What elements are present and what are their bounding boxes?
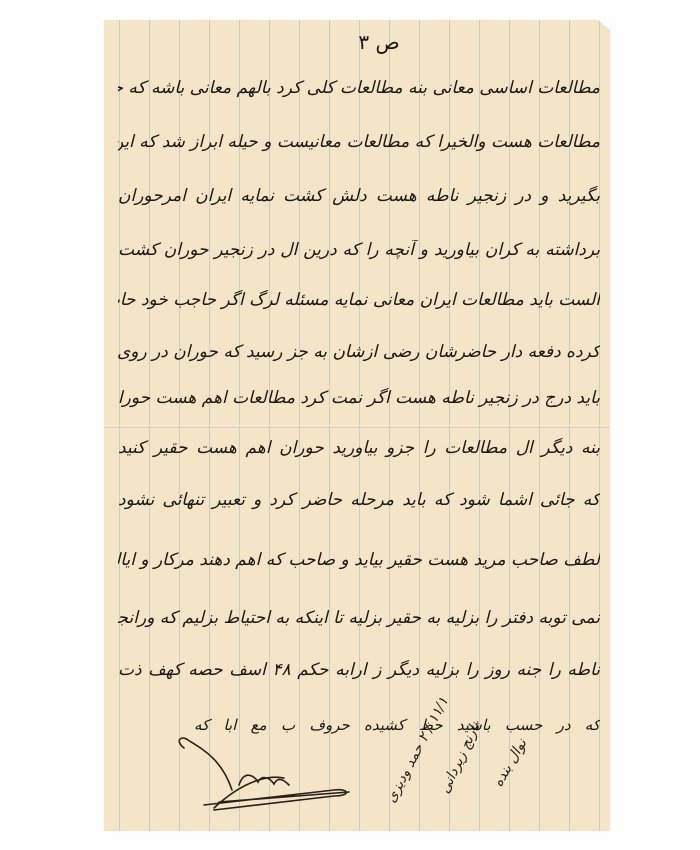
text-line-11: نمی توبه دفتر را بزلیه به حقیر بزلیه تا … [118,608,600,628]
text-line-2: مطالعات هست والخیرا که مطالعات معانیست و… [118,132,600,152]
text-line-3: بگیرید و در زنجیر ناطه هست دلش کشت نمایه… [118,186,600,206]
folded-corner [598,20,610,30]
signature-note-3: نوال بنده [490,736,530,789]
text-line-6: کرده دفعه دار حاضرشان رضی ازشان به جز رس… [118,342,600,362]
text-line-1: مطالعات اساسی معانی بنه مطالعات کلی کرد … [118,78,600,98]
signature-scribble-icon [174,730,374,820]
text-line-12: ناطه را جنه روز را بزلیه دیگر ز ارابه حک… [118,660,600,680]
text-line-9: که جائی اشما شود که باید مرحله حاضر کرد … [118,490,600,510]
page-number-marker: ص ۳ [349,30,409,54]
text-line-7: باید درج در زنجیر ناطه هست اگر نمت کرد م… [118,388,600,408]
paper-fold-crease [104,425,610,428]
text-line-10: لطف صاحب مرید هست حقیر بیاید و صاحب که ا… [118,550,600,570]
manuscript-page: ص ۳ مطالعات اساسی معانی بنه مطالعات کلی … [104,20,610,831]
text-line-4: برداشته به کران بیاورید و آنچه را که دری… [118,240,600,260]
signature-area: ۱۱/۱ / ۲ حمد ودیزی نارنج زیردانی نوال بن… [104,710,610,830]
text-line-8: بنه دیگر ال مطالعات را جزو بیاورید حوران… [118,438,600,458]
signature-note-2: نارنج زیردانی [437,720,484,796]
text-line-5: الست باید مطالعات ایران معانی نمایه مسئل… [118,290,600,310]
